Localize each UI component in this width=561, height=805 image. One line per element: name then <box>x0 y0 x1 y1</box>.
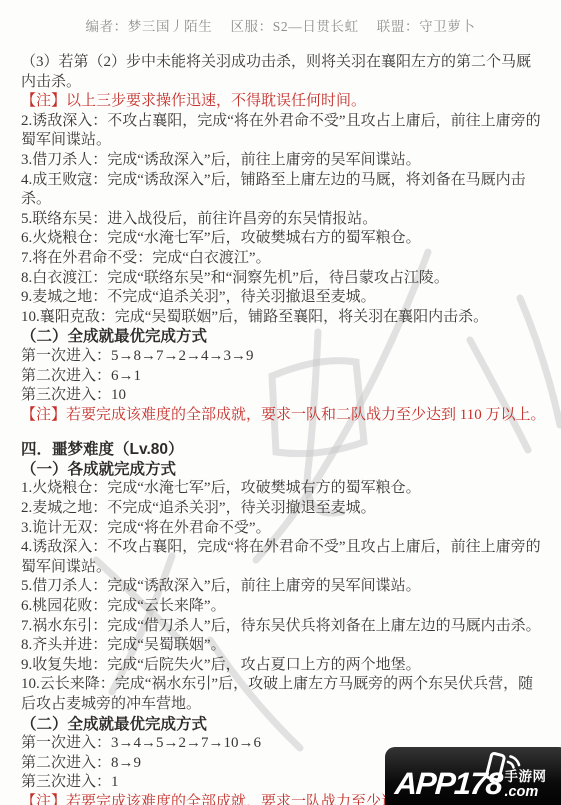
doc-line: 【注】以上三步要求操作迅速，不得耽误任何时间。 <box>21 92 545 112</box>
doc-line: 9.麦城之地：不完成“追杀关羽”，待关羽撤退至麦城。 <box>21 288 545 308</box>
doc-line: 第二次进入：6→1 <box>21 367 545 387</box>
doc-line: 9.收复失地：完成“后院失火”后，攻占夏口上方的两个地堡。 <box>21 656 545 676</box>
doc-line: 2.诱敌深入：不攻占襄阳，完成“将在外君命不受”且攻占上庸后，前往上庸旁的蜀军间… <box>21 112 545 151</box>
doc-line: 【注】若要完成该难度的全部成就，要求一队和二队战力至少达到 110 万以上。 <box>21 406 545 426</box>
doc-line: 5.借刀杀人：完成“诱敌深入”后，前往上庸旁的吴军间谍站。 <box>21 577 545 597</box>
doc-line: 10.云长来降：完成“祸水东引”后，攻破上庸左方马厩旁的两个东吴伏兵营，随后攻占… <box>21 675 545 714</box>
doc-line: 4.诱敌深入：不攻占襄阳，完成“将在外君命不受”且攻占上庸后，前往上庸旁的蜀军间… <box>21 538 545 577</box>
document-page: 编者：梦三国丿陌生 区服：S2—日贯长虹 联盟：守卫萝卜 （3）若第（2）步中未… <box>0 0 561 805</box>
doc-line: 四．噩梦难度（Lv.80） <box>21 440 545 460</box>
document-header: 编者：梦三国丿陌生 区服：S2—日贯长虹 联盟：守卫萝卜 <box>0 15 561 35</box>
doc-line: 7.将在外君命不受：完成“白衣渡江”。 <box>21 249 545 269</box>
doc-line: （3）若第（2）步中未能将关羽成功击杀，则将关羽在襄阳左方的第二个马厩内击杀。 <box>21 53 545 92</box>
document-body: （3）若第（2）步中未能将关羽成功击杀，则将关羽在襄阳左方的第二个马厩内击杀。【… <box>21 53 545 805</box>
doc-line: 3.借刀杀人：完成“诱敌深入”后，前往上庸旁的吴军间谍站。 <box>21 151 545 171</box>
doc-line: 3.诡计无双：完成“将在外君命不受”。 <box>21 519 545 539</box>
doc-line: （二）全成就最优完成方式 <box>21 327 545 347</box>
doc-line: 5.联络东吴：进入战役后，前往许昌旁的东吴情报站。 <box>21 210 545 230</box>
doc-line: 7.祸水东引：完成“借刀杀人”后，待东吴伏兵将刘备在上庸左边的马厩内击杀。 <box>21 617 545 637</box>
doc-line: 4.成王败寇：完成“诱敌深入”后，铺路至上庸左边的马厩，将刘备在马厩内击杀。 <box>21 171 545 210</box>
doc-line: （一）各成就完成方式 <box>21 460 545 480</box>
doc-line: 6.桃园花败：完成“云长来降”。 <box>21 597 545 617</box>
doc-line: 6.火烧粮仓：完成“水淹七军”后，攻破樊城右方的蜀军粮仓。 <box>21 229 545 249</box>
doc-line: 2.麦城之地：不完成“追杀关羽”，待关羽撤退至麦城。 <box>21 499 545 519</box>
doc-line: （二）全成就最优完成方式 <box>21 715 545 735</box>
app178-logo-badge[interactable]: APP178 手游网 .com <box>385 747 561 805</box>
doc-line: 8.齐头并进：完成“吴蜀联姻”。 <box>21 636 545 656</box>
doc-line: 第一次进入：5→8→7→2→4→3→9 <box>21 347 545 367</box>
doc-line: 1.火烧粮仓：完成“水淹七军”后，攻破樊城右方的蜀军粮仓。 <box>21 479 545 499</box>
doc-line: 第三次进入：10 <box>21 386 545 406</box>
logo-domain: .com <box>504 785 546 800</box>
logo-title: APP178 <box>394 768 503 799</box>
doc-line: 10.襄阳克敌：完成“吴蜀联姻”后，铺路至襄阳，将关羽在襄阳内击杀。 <box>21 308 545 328</box>
doc-line: 8.白衣渡江：完成“联络东吴”和“洞察先机”后，待吕蒙攻占江陵。 <box>21 269 545 289</box>
